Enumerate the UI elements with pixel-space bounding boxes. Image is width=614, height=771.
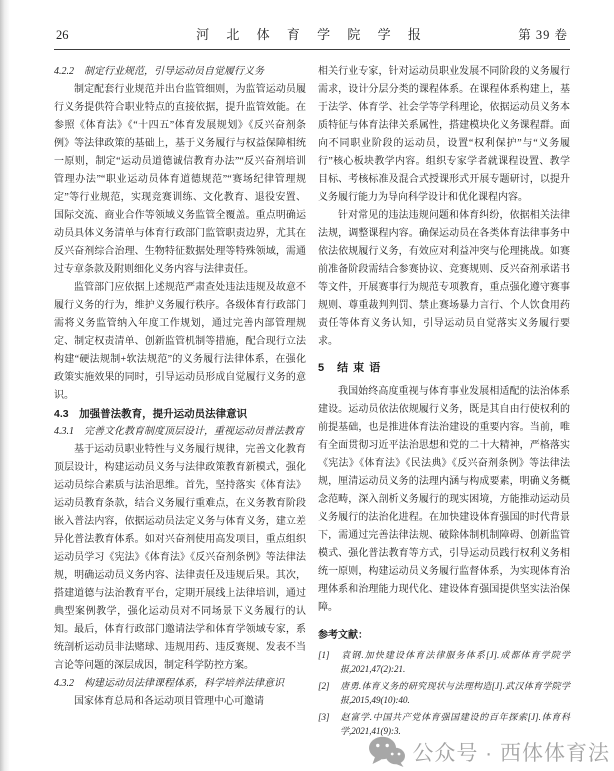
page-number: 26 — [56, 28, 126, 43]
reference-text: 赵富学.中国共产党体育强国建设的百年探索[J].体育科学,2021,41(9):… — [340, 712, 570, 736]
section-heading-4-3-2: 4.3.2 构建运动员法律课程体系，科学培养法律意识 — [54, 675, 306, 693]
section-heading-5: 5 结 束 语 — [318, 359, 570, 377]
section-heading-4-3-1: 4.3.1 完善文化教育制度顶层设计，重视运动员普法教育 — [54, 423, 306, 441]
section-heading-4-2-2: 4.2.2 制定行业规范，引导运动员自觉履行义务 — [54, 63, 306, 81]
reference-item: [2]唐勇.体育义务的研究现状与法理构造[J].武汉体育学院学报,2015,49… — [318, 679, 570, 707]
page-left-edge-shadow — [0, 0, 10, 771]
journal-page: 26 河 北 体 育 学 院 学 报 第 39 卷 4.2.2 制定行业规范，引… — [0, 0, 614, 771]
right-column: 相关行业专家，针对运动员职业发展不同阶段的义务履行需求，设计分层分类的课程体系。… — [318, 63, 570, 738]
reference-item: [1]袁钢.加快建设体育法律服务体系[J].成都体育学院学报,2021,47(2… — [318, 648, 570, 676]
article-body: 4.2.2 制定行业规范，引导运动员自觉履行义务 制定配套行业规范并出台监管细则… — [54, 63, 570, 738]
watermark-text: 公众号 · 西体体育法 — [412, 737, 610, 767]
journal-title: 河 北 体 育 学 院 学 报 — [196, 24, 428, 43]
paragraph: 国家体育总局和各运动项目管理中心可邀请 — [54, 693, 306, 711]
reference-number: [2] — [318, 679, 340, 693]
page-header: 26 河 北 体 育 学 院 学 报 第 39 卷 — [54, 24, 570, 50]
reference-number: [1] — [318, 648, 340, 662]
paragraph: 制定配套行业规范并出台监管细则，为监管运动员履行义务提供符合职业特点的直接依据，… — [54, 81, 306, 279]
paragraph: 我国始终高度重视与体育事业发展相适配的法治体系建设。运动员依法依规履行义务，既是… — [318, 383, 570, 617]
paragraph: 针对常见的违法违规问题和体育纠纷，依据相关法律法规，调整课程内容。确保运动员在各… — [318, 207, 570, 351]
reference-text: 袁钢.加快建设体育法律服务体系[J].成都体育学院学报,2021,47(2):2… — [340, 650, 570, 674]
section-heading-4-3: 4.3 加强普法教育，提升运动员法律意识 — [54, 405, 306, 423]
wechat-icon — [368, 736, 405, 767]
paragraph: 监管部门应依据上述规范严肃查处违法违规及故意不履行义务的行为，维护义务履行秩序。… — [54, 279, 306, 405]
watermark: 公众号 · 西体体育法 — [368, 736, 610, 767]
paragraph: 相关行业专家，针对运动员职业发展不同阶段的义务履行需求，设计分层分类的课程体系。… — [318, 63, 570, 207]
reference-item: [3]赵富学.中国共产党体育强国建设的百年探索[J].体育科学,2021,41(… — [318, 710, 570, 738]
paragraph: 基于运动员职业特性与义务履行规律，完善文化教育顶层设计，构建运动员义务与法律政策… — [54, 441, 306, 675]
references-title: 参考文献： — [318, 627, 570, 645]
reference-number: [3] — [318, 710, 340, 724]
left-column: 4.2.2 制定行业规范，引导运动员自觉履行义务 制定配套行业规范并出台监管细则… — [54, 63, 306, 738]
volume-label: 第 39 卷 — [498, 25, 568, 43]
reference-text: 唐勇.体育义务的研究现状与法理构造[J].武汉体育学院学报,2015,49(10… — [340, 681, 570, 705]
